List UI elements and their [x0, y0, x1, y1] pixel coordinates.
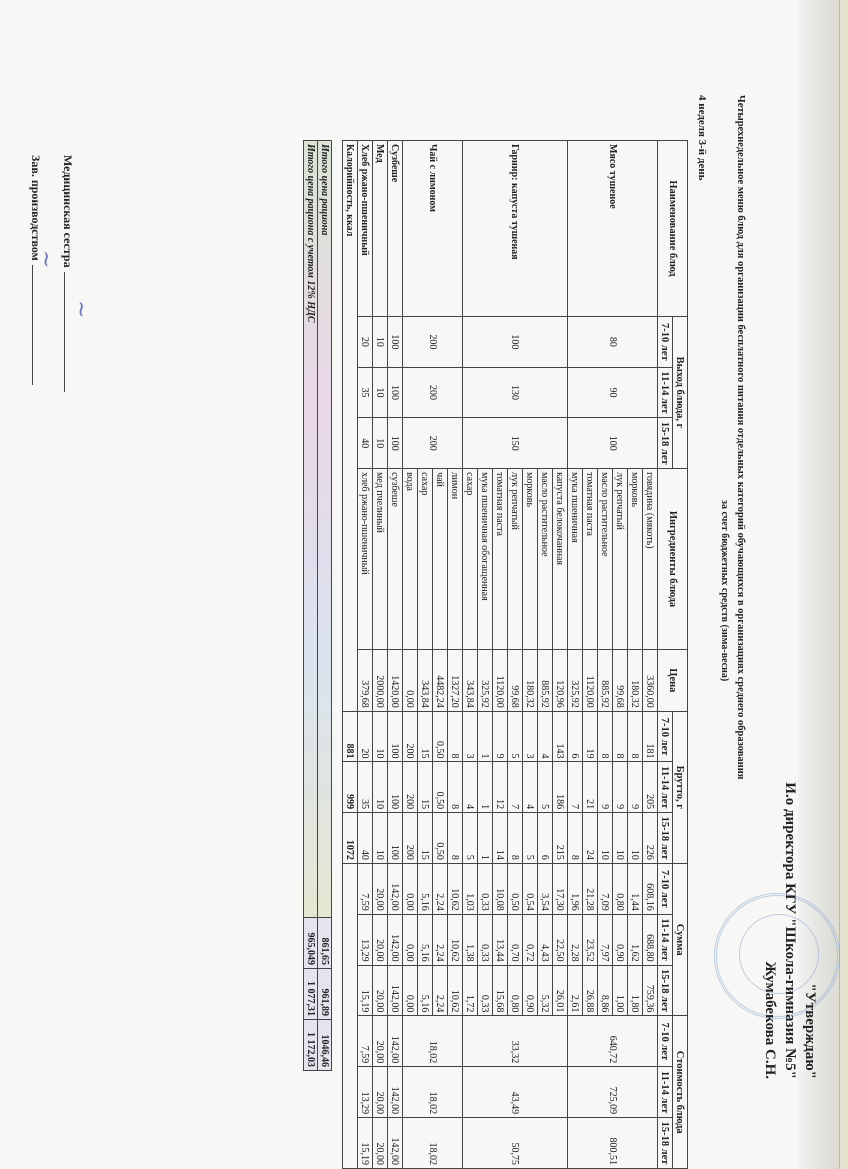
table-row: Хлеб ржано-пшеничный203540хлеб ржано-пше…	[358, 141, 373, 1169]
dish-output: 10	[373, 316, 388, 367]
total-label: Итого цена рациона	[318, 141, 332, 918]
ingredient-brutto: 15	[418, 813, 433, 864]
ingredient-price: 99,68	[508, 649, 523, 711]
ingredient-price: 885,92	[598, 649, 613, 711]
ingredient-brutto: 10	[373, 711, 388, 762]
ingredient-sum: 1,96	[568, 863, 583, 914]
total-value: 1 172,03	[304, 1020, 318, 1071]
ingredient-sum: 2,61	[568, 965, 583, 1016]
document-title: Четырехнедельное меню блюд для организац…	[735, 95, 746, 779]
ingredient-brutto: 21	[583, 762, 598, 813]
dish-cost: 50,75	[463, 1118, 568, 1169]
dish-cost: 33,32	[463, 1016, 568, 1067]
ingredient-sum: 26,88	[583, 965, 598, 1016]
dish-cost: 142,00	[388, 1016, 403, 1067]
ingredient-sum: 7,59	[358, 863, 373, 914]
ingredient-name: лимон	[448, 469, 463, 650]
ingredient-name: сахар	[463, 469, 478, 650]
header-ingredients: Ингредиенты блюда	[658, 469, 688, 650]
ingredient-sum: 608,16	[643, 863, 658, 914]
ingredient-sum: 759,36	[643, 965, 658, 1016]
header-price: Цена	[658, 649, 688, 711]
ingredient-brutto: 10	[598, 813, 613, 864]
ingredient-brutto: 226	[643, 813, 658, 864]
dish-cost: 18,02	[403, 1067, 463, 1118]
dish-output: 10	[373, 418, 388, 469]
calories-value: 881	[343, 711, 358, 762]
ingredient-brutto: 3	[463, 711, 478, 762]
ingredient-sum: 2,24	[433, 863, 448, 914]
dish-cost: 18,02	[403, 1016, 463, 1067]
ingredient-brutto: 205	[643, 762, 658, 813]
dish-output: 100	[388, 367, 403, 418]
total-value: 861,65	[318, 918, 332, 969]
nurse-label: Медицинская сестра	[61, 155, 75, 268]
ingredient-price: 1120,00	[583, 649, 598, 711]
ingredient-brutto: 7	[508, 762, 523, 813]
ingredient-name: масло растительное	[598, 469, 613, 650]
ingredient-sum: 0,00	[403, 914, 418, 965]
ingredient-sum: 2,24	[433, 965, 448, 1016]
production-label: Зав. производством	[29, 155, 43, 261]
ingredient-brutto: 181	[643, 711, 658, 762]
dish-name: Сузбеше	[388, 141, 403, 317]
ingredient-brutto: 7	[568, 762, 583, 813]
ingredient-brutto: 1	[478, 813, 493, 864]
ingredient-sum: 20,00	[373, 863, 388, 914]
total-value: 1046,46	[318, 1020, 332, 1071]
dish-cost: 640,72	[568, 1016, 658, 1067]
ingredient-sum: 10,62	[448, 914, 463, 965]
dish-output: 20	[358, 316, 373, 367]
ingredient-sum: 8,86	[598, 965, 613, 1016]
ingredient-price: 1420,00	[388, 649, 403, 711]
ingredient-sum: 1,00	[613, 965, 628, 1016]
ingredient-sum: 4,43	[538, 914, 553, 965]
dish-output: 130	[463, 367, 568, 418]
dish-output: 200	[403, 418, 463, 469]
ingredient-sum: 0,50	[508, 863, 523, 914]
dish-output: 150	[463, 418, 568, 469]
dish-name: Хлеб ржано-пшеничный	[358, 141, 373, 317]
table-row: Чай с лимоном200200200лимон1327,2088810,…	[448, 141, 463, 1169]
ingredient-brutto: 100	[388, 813, 403, 864]
age-header: 15-18 лет	[658, 418, 673, 469]
age-header: 11-14 лет	[658, 762, 673, 813]
dish-cost: 7,59	[358, 1016, 373, 1067]
ingredient-sum: 142,00	[388, 914, 403, 965]
dish-output: 35	[358, 367, 373, 418]
age-header: 15-18 лет	[658, 1118, 673, 1169]
ingredient-brutto: 10	[613, 813, 628, 864]
ingredient-sum: 5,16	[418, 914, 433, 965]
ingredient-sum: 1,62	[628, 914, 643, 965]
calories-value: 999	[343, 762, 358, 813]
ingredient-brutto: 8	[508, 813, 523, 864]
production-signature-line	[32, 265, 33, 385]
dish-cost: 15,19	[358, 1118, 373, 1169]
dish-cost: 142,00	[388, 1067, 403, 1118]
ingredient-price: 1327,20	[448, 649, 463, 711]
ingredient-price: 885,92	[538, 649, 553, 711]
ingredient-brutto: 15	[418, 762, 433, 813]
dish-output: 100	[388, 418, 403, 469]
table-row: Мясо тушеное8090100говядина (мякоть)3360…	[643, 141, 658, 1169]
menu-body: Мясо тушеное8090100говядина (мякоть)3360…	[343, 141, 658, 1169]
ingredient-brutto: 8	[448, 813, 463, 864]
ingredient-brutto: 19	[583, 711, 598, 762]
ingredient-sum: 17,30	[553, 863, 568, 914]
ingredient-name: капуста белокочанная	[553, 469, 568, 650]
ingredient-sum: 7,97	[598, 914, 613, 965]
ingredient-brutto: 200	[403, 813, 418, 864]
menu-table: Наименование блюд Выход блюда, г Ингреди…	[342, 140, 688, 1169]
production-signature-scribble: ~	[33, 250, 58, 268]
ingredient-brutto: 9	[613, 762, 628, 813]
dish-cost: 142,00	[388, 1118, 403, 1169]
dish-output: 200	[403, 367, 463, 418]
ingredient-brutto: 100	[388, 711, 403, 762]
approval-line-3: Жумабекова С.Н.	[760, 782, 780, 1079]
ingredient-brutto: 1	[478, 711, 493, 762]
ingredient-name: томатная паста	[583, 469, 598, 650]
age-header: 15-18 лет	[658, 965, 673, 1016]
ingredient-name: томатная паста	[493, 469, 508, 650]
ingredient-price: 2000,00	[373, 649, 388, 711]
ingredient-sum: 15,19	[358, 965, 373, 1016]
ingredient-brutto: 0,50	[433, 813, 448, 864]
ingredient-sum: 13,44	[493, 914, 508, 965]
total-value: 961,89	[318, 969, 332, 1020]
ingredient-name: мука пшеничная	[568, 469, 583, 650]
calories-empty	[343, 863, 358, 1168]
dish-output: 40	[358, 418, 373, 469]
ingredient-brutto: 14	[493, 813, 508, 864]
dish-cost: 20,00	[373, 1016, 388, 1067]
dish-cost: 13,29	[358, 1067, 373, 1118]
dish-output: 90	[568, 367, 658, 418]
ingredient-sum: 10,62	[448, 863, 463, 914]
ingredient-price: 325,92	[478, 649, 493, 711]
ingredient-name: мука пшеничная обогащенная	[478, 469, 493, 650]
ingredient-price: 180,32	[628, 649, 643, 711]
ingredient-brutto: 1	[478, 762, 493, 813]
week-day-label: 4 неделя 3-й день	[696, 95, 708, 181]
ingredient-sum: 13,29	[358, 914, 373, 965]
ingredient-brutto: 9	[493, 711, 508, 762]
header-output: Выход блюда, г	[673, 316, 688, 468]
ingredient-sum: 0,00	[403, 965, 418, 1016]
ingredient-sum: 0,70	[508, 914, 523, 965]
dish-cost: 800,51	[568, 1118, 658, 1169]
ingredient-name: говядина (мякоть)	[643, 469, 658, 650]
ingredient-brutto: 24	[583, 813, 598, 864]
ingredient-sum: 10,08	[493, 863, 508, 914]
ingredient-sum: 5,16	[418, 863, 433, 914]
ingredient-price: 120,96	[553, 649, 568, 711]
ingredient-name: лук репчатый	[508, 469, 523, 650]
ingredient-price: 325,92	[568, 649, 583, 711]
ingredient-sum: 1,38	[463, 914, 478, 965]
dish-cost: 20,00	[373, 1118, 388, 1169]
ingredient-name: лук репчатый	[613, 469, 628, 650]
ingredient-brutto: 100	[388, 762, 403, 813]
ingredient-sum: 10,62	[448, 965, 463, 1016]
ingredient-brutto: 20	[358, 711, 373, 762]
ingredient-price: 379,68	[358, 649, 373, 711]
table-row: Мед101010мед пчелиный2000,0010101020,002…	[373, 141, 388, 1169]
ingredient-brutto: 8	[628, 711, 643, 762]
ingredient-sum: 20,00	[373, 914, 388, 965]
ingredient-brutto: 10	[628, 813, 643, 864]
ingredient-sum: 142,00	[388, 863, 403, 914]
ingredient-sum: 1,72	[463, 965, 478, 1016]
ingredient-brutto: 10	[373, 813, 388, 864]
ingredient-sum: 0,72	[523, 914, 538, 965]
dish-cost: 43,49	[463, 1067, 568, 1118]
ingredient-price: 99,68	[613, 649, 628, 711]
ingredient-sum: 2,28	[568, 914, 583, 965]
ingredient-sum: 1,80	[628, 965, 643, 1016]
ingredient-price: 180,32	[523, 649, 538, 711]
dish-cost: 20,00	[373, 1067, 388, 1118]
age-header: 15-18 лет	[658, 813, 673, 864]
ingredient-name: мед пчелиный	[373, 469, 388, 650]
age-header: 11-14 лет	[658, 1067, 673, 1118]
totals-table: Итого цена рациона861,65961,891046,46Ито…	[303, 140, 332, 1071]
ingredient-brutto: 215	[553, 813, 568, 864]
ingredient-sum: 21,28	[583, 863, 598, 914]
dish-output: 100	[388, 316, 403, 367]
dish-output: 100	[463, 316, 568, 367]
ingredient-name: сузбеше	[388, 469, 403, 650]
ingredient-brutto: 0,50	[433, 762, 448, 813]
ingredient-name: вода	[403, 469, 418, 650]
ingredient-name: морковь	[523, 469, 538, 650]
ingredient-brutto: 8	[598, 711, 613, 762]
age-header: 7-10 лет	[658, 863, 673, 914]
age-header: 11-14 лет	[658, 367, 673, 418]
ingredient-brutto: 8	[448, 762, 463, 813]
total-label: Итого цена рациона с учетом 12% НДС	[304, 141, 318, 918]
ingredient-name: масло растительное	[538, 469, 553, 650]
ingredient-brutto: 4	[538, 711, 553, 762]
dish-cost: 725,09	[568, 1067, 658, 1118]
ingredient-brutto: 6	[538, 813, 553, 864]
ingredient-sum: 0,80	[508, 965, 523, 1016]
total-row: Итого цена рациона с учетом 12% НДС965,0…	[304, 141, 318, 1071]
ingredient-brutto: 12	[493, 762, 508, 813]
ingredient-sum: 7,09	[598, 863, 613, 914]
ingredient-brutto: 5	[508, 711, 523, 762]
ingredient-brutto: 200	[403, 762, 418, 813]
ingredient-sum: 688,80	[643, 914, 658, 965]
dish-name: Чай с лимоном	[403, 141, 463, 317]
ingredient-brutto: 35	[358, 762, 373, 813]
ingredient-brutto: 8	[568, 813, 583, 864]
ingredient-name: чай	[433, 469, 448, 650]
ingredient-name: хлеб ржано-пшеничный	[358, 469, 373, 650]
approval-line-2: И.о директора КГУ "Школа-гимназия №5"	[780, 782, 800, 1079]
ingredient-brutto: 4	[463, 762, 478, 813]
ingredient-sum: 1,44	[628, 863, 643, 914]
ingredient-price: 343,84	[463, 649, 478, 711]
total-value: 1 077,31	[304, 969, 318, 1020]
ingredient-brutto: 4	[523, 762, 538, 813]
signature-nurse: Медицинская сестра	[60, 155, 75, 392]
ingredient-price: 343,84	[418, 649, 433, 711]
ingredient-sum: 0,33	[478, 914, 493, 965]
dish-output: 10	[373, 367, 388, 418]
dish-name: Мед	[373, 141, 388, 317]
age-header: 7-10 лет	[658, 316, 673, 367]
ingredient-brutto: 5	[463, 813, 478, 864]
nurse-signature-scribble: ~	[68, 300, 93, 318]
header-sum: Сумма	[673, 863, 688, 1015]
header-brutto: Брутто, г	[673, 711, 688, 863]
ingredient-brutto: 186	[553, 762, 568, 813]
dish-name: Мясо тушеное	[568, 141, 658, 317]
ingredient-brutto: 200	[403, 711, 418, 762]
ingredient-sum: 3,54	[538, 863, 553, 914]
total-row: Итого цена рациона861,65961,891046,46	[318, 141, 332, 1071]
ingredient-brutto: 40	[358, 813, 373, 864]
ingredient-sum: 0,54	[523, 863, 538, 914]
ingredient-sum: 0,33	[478, 965, 493, 1016]
ingredient-sum: 2,24	[433, 914, 448, 965]
ingredient-brutto: 15	[418, 711, 433, 762]
ingredient-sum: 0,90	[523, 965, 538, 1016]
ingredient-sum: 22,50	[553, 914, 568, 965]
ingredient-sum: 0,33	[478, 863, 493, 914]
ingredient-name: морковь	[628, 469, 643, 650]
age-header: 7-10 лет	[658, 1016, 673, 1067]
approval-line-1: "Утверждаю"	[800, 782, 820, 1079]
table-row: Гарнир: капуста тушеная100130150капуста …	[553, 141, 568, 1169]
header-dish: Наименование блюд	[658, 141, 688, 317]
ingredient-name: сахар	[418, 469, 433, 650]
ingredient-brutto: 8	[613, 711, 628, 762]
signature-production: Зав. производством	[28, 155, 43, 385]
ingredient-brutto: 5	[523, 813, 538, 864]
ingredient-brutto: 0,50	[433, 711, 448, 762]
ingredient-brutto: 10	[373, 762, 388, 813]
ingredient-brutto: 5	[538, 762, 553, 813]
ingredient-price: 4482,24	[433, 649, 448, 711]
age-header: 11-14 лет	[658, 914, 673, 965]
dish-output: 100	[568, 418, 658, 469]
menu-document-page: "Утверждаю" И.о директора КГУ "Школа-гим…	[0, 0, 848, 1169]
table-row: Сузбеше100100100сузбеше1420,001001001001…	[388, 141, 403, 1169]
ingredient-sum: 0,80	[613, 863, 628, 914]
ingredient-brutto: 9	[628, 762, 643, 813]
dish-output: 80	[568, 316, 658, 367]
ingredient-sum: 5,16	[418, 965, 433, 1016]
calories-label: Калорийность, ккал	[343, 141, 358, 712]
ingredient-sum: 5,32	[538, 965, 553, 1016]
ingredient-sum: 0,00	[403, 863, 418, 914]
ingredient-sum: 20,00	[373, 965, 388, 1016]
dish-cost: 18,02	[403, 1118, 463, 1169]
ingredient-brutto: 9	[598, 762, 613, 813]
ingredient-brutto: 6	[568, 711, 583, 762]
calories-row: Калорийность, ккал8819991072	[343, 141, 358, 1169]
approval-block: "Утверждаю" И.о директора КГУ "Школа-гим…	[760, 782, 820, 1079]
ingredient-sum: 23,52	[583, 914, 598, 965]
dish-output: 200	[403, 316, 463, 367]
total-value: 965,049	[304, 918, 318, 969]
ingredient-price: 3360,00	[643, 649, 658, 711]
ingredient-sum: 1,03	[463, 863, 478, 914]
ingredient-sum: 26,01	[553, 965, 568, 1016]
ingredient-sum: 142,00	[388, 965, 403, 1016]
ingredient-brutto: 3	[523, 711, 538, 762]
ingredient-sum: 15,68	[493, 965, 508, 1016]
ingredient-price: 0,00	[403, 649, 418, 711]
calories-value: 1072	[343, 813, 358, 864]
ingredient-price: 1120,00	[493, 649, 508, 711]
ingredient-sum: 0,90	[613, 914, 628, 965]
nurse-signature-line	[64, 272, 65, 392]
age-header: 7-10 лет	[658, 711, 673, 762]
document-subtitle: за счет бюджетных средств (зима-весна)	[719, 500, 730, 681]
ingredient-brutto: 8	[448, 711, 463, 762]
ingredient-brutto: 143	[553, 711, 568, 762]
dish-name: Гарнир: капуста тушеная	[463, 141, 568, 317]
header-cost: Стоимость блюда	[673, 1016, 688, 1169]
